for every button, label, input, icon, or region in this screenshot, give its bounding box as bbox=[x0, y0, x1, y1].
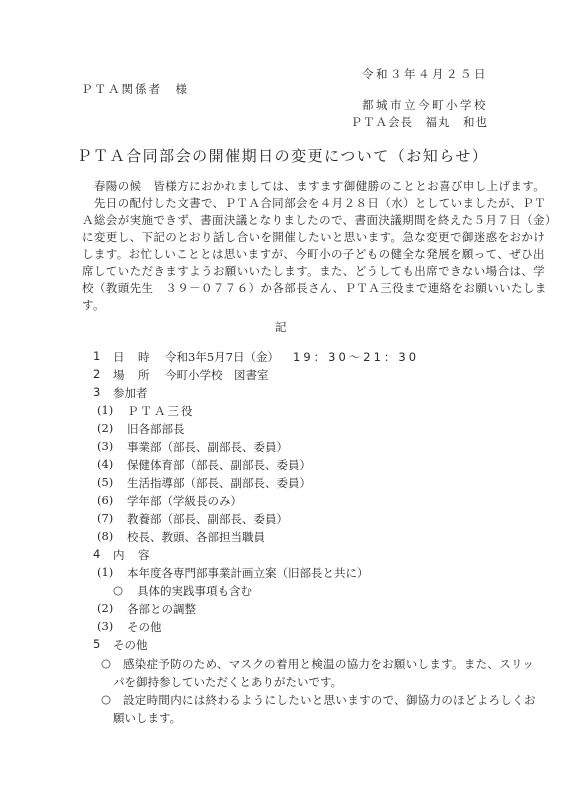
circle-bullet-icon: ○ bbox=[113, 583, 137, 599]
body-line: 先日の配付した文書で、ＰＴＡ合同部会を４月２８日（水）としていましたが、ＰＴ bbox=[82, 195, 546, 211]
list-subitem: ○具体的実践事項も含む bbox=[113, 583, 252, 599]
item-label: 内 容 bbox=[113, 547, 151, 563]
document-date: 令和３年４月２５日 bbox=[362, 66, 488, 82]
sender-name: ＰＴＡ会長 福丸 和也 bbox=[351, 114, 489, 130]
item-number: 5 bbox=[93, 637, 113, 653]
item-participants: 3 参加者 bbox=[93, 385, 148, 401]
item-number: 3 bbox=[93, 385, 113, 401]
list-item: (5)生活指導部（部長、副部長、委員） bbox=[97, 475, 311, 491]
list-item: (4)保健体育部（部長、副部長、委員） bbox=[97, 457, 311, 473]
item-label: 日 時 bbox=[113, 349, 165, 365]
body-line: 春陽の候 皆様方におかれましては、ますます御健勝のこととお喜び申し上げます。 bbox=[82, 178, 545, 194]
item-value: 今町小学校 図書室 bbox=[165, 367, 269, 383]
list-item: (8)校長、教頭、各部担当職員 bbox=[97, 529, 265, 545]
document-title: ＰＴＡ合同部会の開催期日の変更について（お知らせ） bbox=[0, 145, 565, 166]
body-line: す。 bbox=[82, 297, 105, 313]
item-time: 19：30～21：30 bbox=[293, 349, 419, 365]
note-item: ○感染症予防のため、マスクの着用と検温の協力をお願いします。また、スリッ bbox=[101, 656, 534, 672]
item-other: 5 その他 bbox=[93, 637, 148, 653]
list-item: (1)本年度各専門部事業計画立案（旧部長と共に） bbox=[97, 565, 369, 581]
list-item: (2)旧各部部長 bbox=[97, 421, 185, 437]
list-item: (7)教養部（部長、副部長、委員） bbox=[97, 511, 288, 527]
circle-bullet-icon: ○ bbox=[101, 692, 123, 708]
list-item: (1)ＰＴＡ三役 bbox=[97, 403, 195, 419]
item-number: 4 bbox=[93, 547, 113, 563]
list-item: (3)事業部（部長、副部長、委員） bbox=[97, 439, 288, 455]
body-line: Ａ総会が実施できず、書面決議となりましたので、書面決議期間を終えた５月７日（金） bbox=[82, 212, 557, 228]
recipient: ＰＴＡ関係者 様 bbox=[81, 81, 189, 97]
item-label: 場 所 bbox=[113, 367, 165, 383]
item-value: 令和3年5月7日（金） bbox=[165, 349, 293, 365]
list-item: (3)その他 bbox=[97, 619, 162, 635]
item-label: その他 bbox=[113, 637, 148, 653]
note-continuation: 願いします。 bbox=[113, 710, 181, 726]
item-content: 4 内 容 bbox=[93, 547, 151, 563]
item-date: 1 日 時 令和3年5月7日（金） 19：30～21：30 bbox=[93, 349, 419, 365]
body-line: 校（教頭先生 ３９－０７７６）か各部長さん、ＰＴＡ三役まで連絡をお願いいたしま bbox=[82, 280, 547, 296]
item-place: 2 場 所 今町小学校 図書室 bbox=[93, 367, 269, 383]
list-item: (6)学年部（学級長のみ） bbox=[97, 493, 242, 509]
list-item: (2)各部との調整 bbox=[97, 601, 196, 617]
sender-school: 都城市立今町小学校 bbox=[362, 97, 488, 113]
body-line: 席していただきますようお願いいたします。また、どうしても出席できない場合は、学 bbox=[82, 263, 545, 279]
item-number: 2 bbox=[93, 367, 113, 383]
circle-bullet-icon: ○ bbox=[101, 656, 123, 672]
note-item: ○設定時間内には終わるようにしたいと思いますので、御協力のほどよろしくお bbox=[101, 692, 536, 708]
ki-heading: 記 bbox=[275, 319, 287, 335]
item-label: 参加者 bbox=[113, 385, 148, 401]
body-line: します。お忙しいこととは思いますが、今町小の子どもの健全な発展を願って、ぜひ出 bbox=[82, 246, 545, 262]
item-number: 1 bbox=[93, 349, 113, 365]
body-line: に変更し、下記のとおり話し合いを開催したいと思います。急な変更で御迷惑をおかけ bbox=[82, 229, 545, 245]
note-continuation: パを御持参していただくとありがたいです。 bbox=[113, 674, 342, 690]
